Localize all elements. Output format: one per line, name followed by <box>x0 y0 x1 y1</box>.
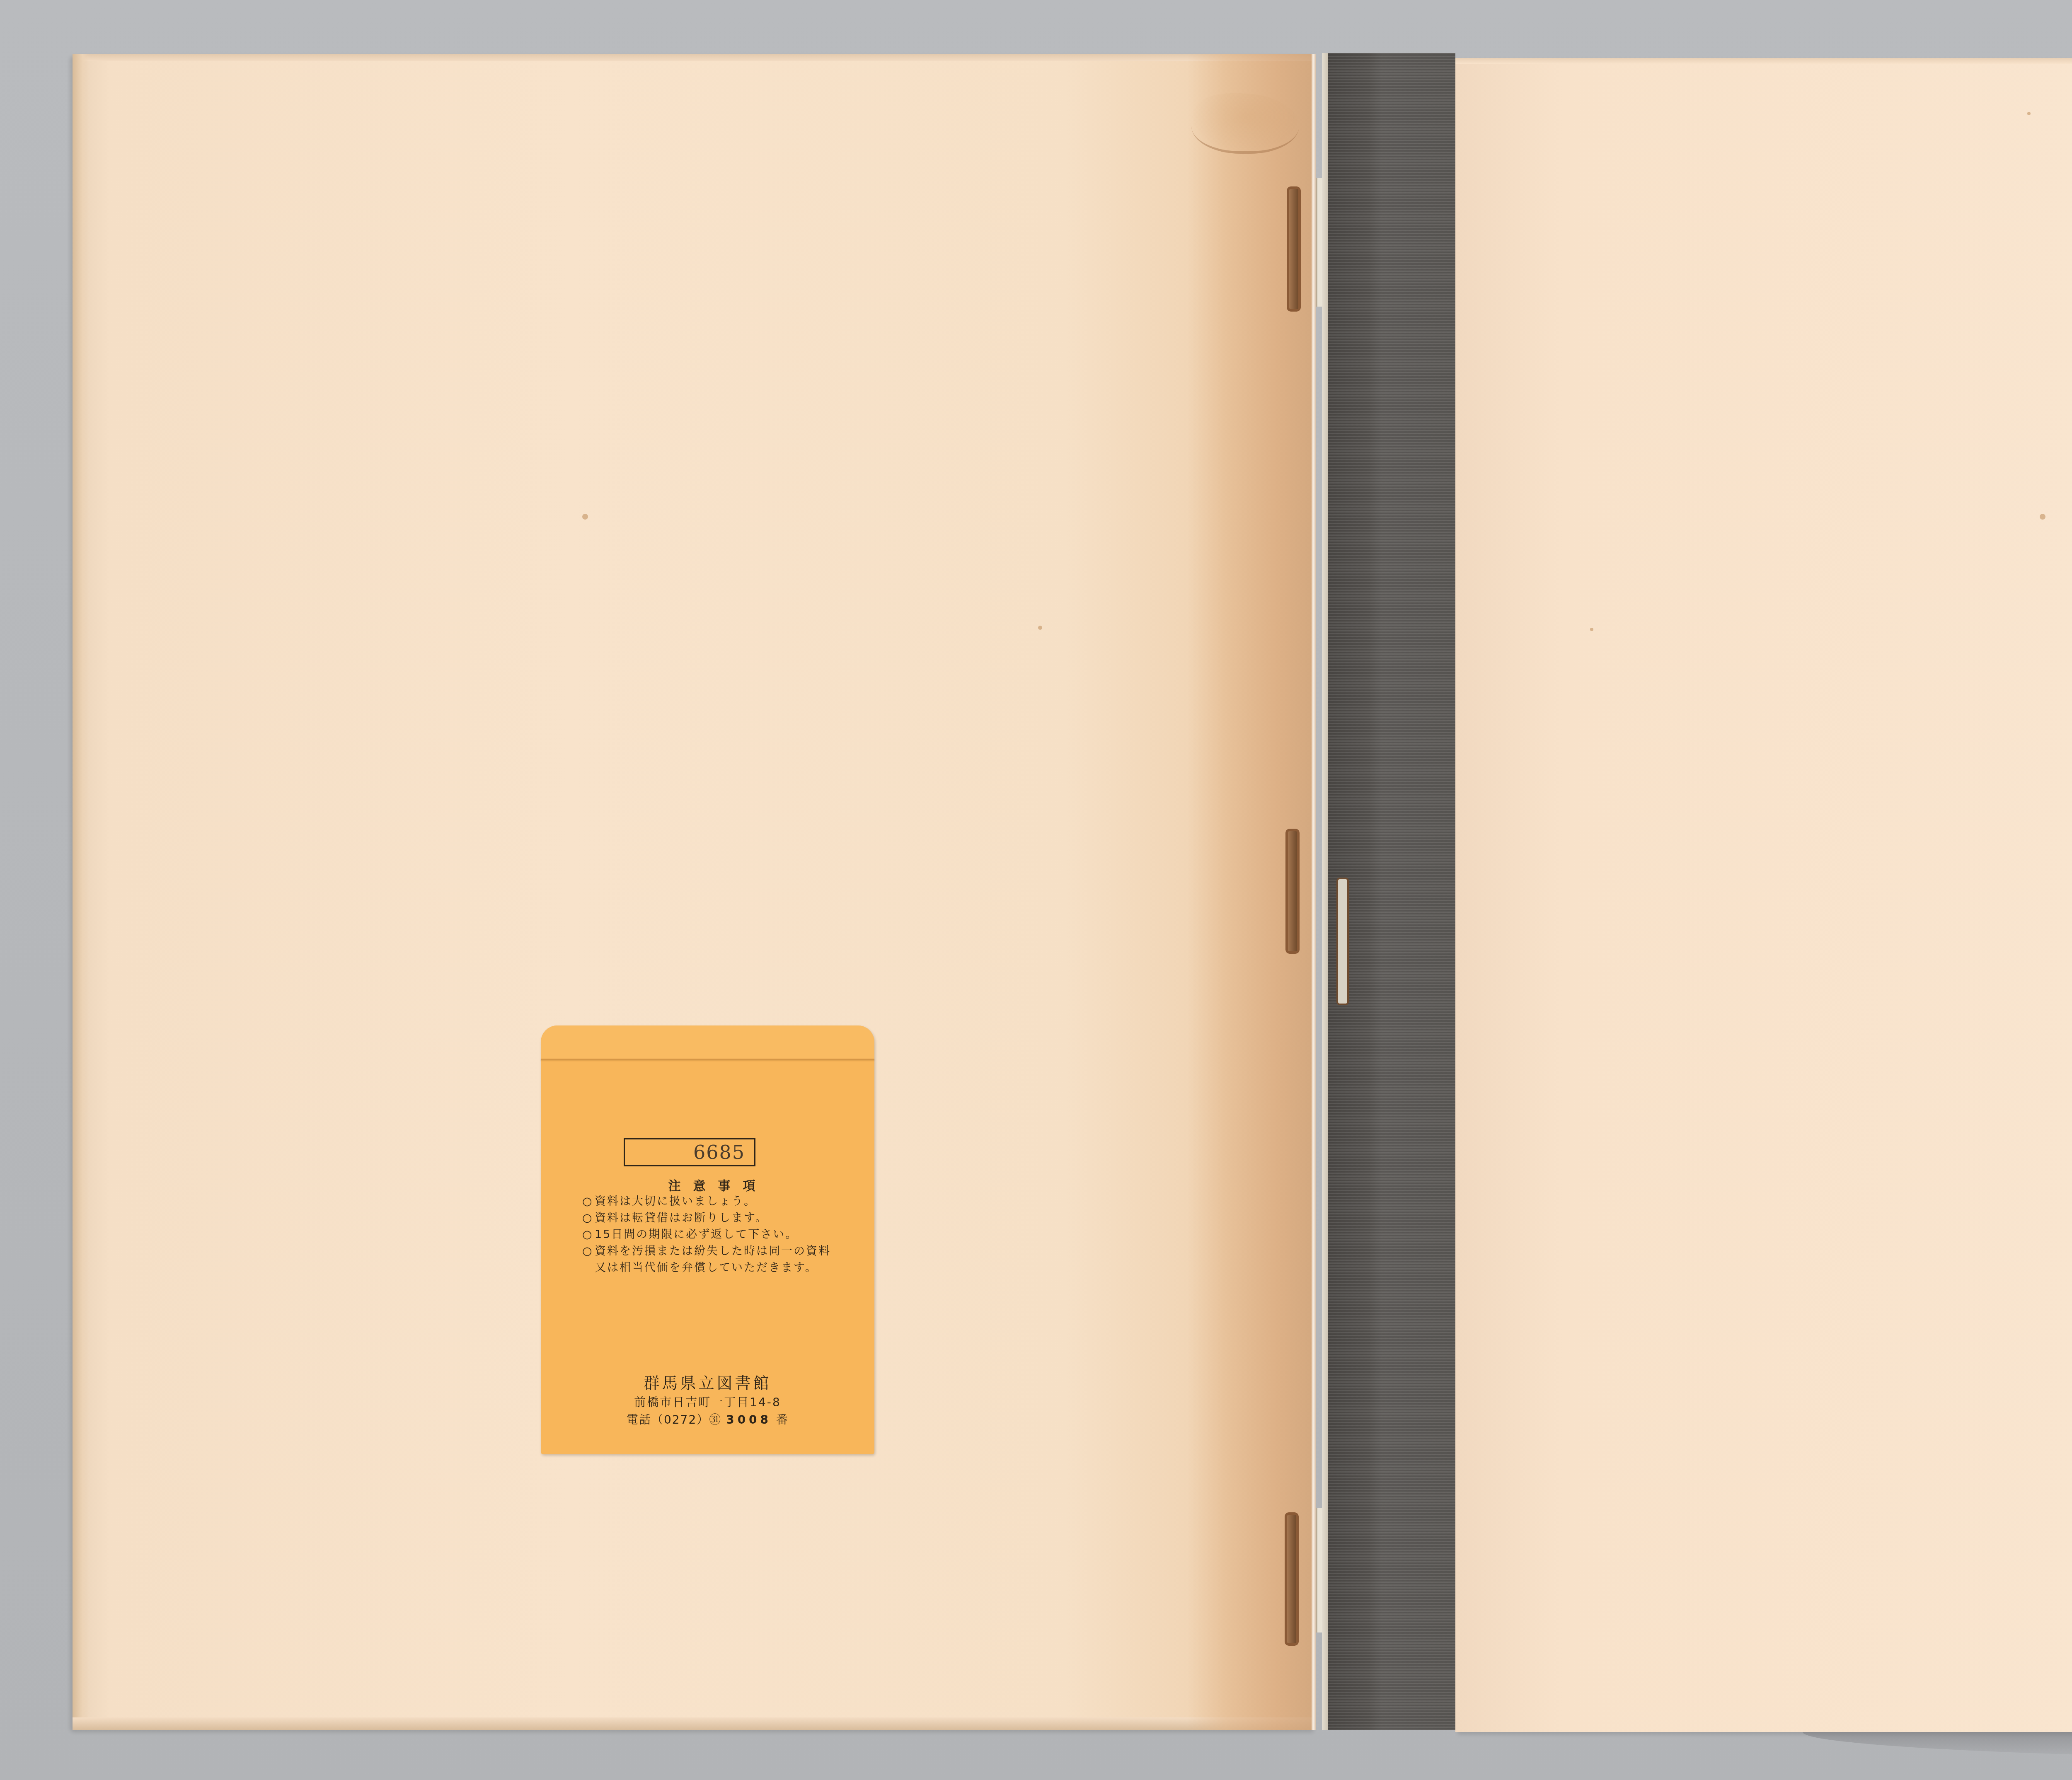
page-edge-bottom <box>73 1717 1316 1730</box>
notice-item: ○ 資料は大切に扱いましょう。 <box>582 1193 839 1210</box>
circle-bullet-icon: ○ <box>582 1243 595 1276</box>
staple-top <box>1287 186 1301 312</box>
notice-text: 15日間の期限に必ず返して下さい。 <box>595 1226 839 1243</box>
staple-middle <box>1285 829 1300 954</box>
library-card-pocket[interactable]: 6685 注意事項 ○ 資料は大切に扱いましょう。 ○ 資料は転貸借はお断りしま… <box>541 1025 874 1454</box>
spine-cloth-strip <box>1322 53 1328 1730</box>
notice-list: ○ 資料は大切に扱いましょう。 ○ 資料は転貸借はお断りします。 ○ 15日間の… <box>582 1193 839 1276</box>
staple-bottom <box>1285 1512 1299 1646</box>
circle-bullet-icon: ○ <box>582 1210 595 1226</box>
phone-prefix: 電話（0272）㉛ <box>627 1413 721 1427</box>
card-pocket-flap <box>541 1025 874 1059</box>
right-page-blank <box>1455 58 2072 1732</box>
paper-speck <box>1038 626 1042 630</box>
notice-item: ○ 15日間の期限に必ず返して下さい。 <box>582 1226 839 1243</box>
phone-suffix: 番 <box>776 1413 789 1427</box>
page-edge-top <box>1455 58 2072 64</box>
left-page-inside-back-cover <box>73 54 1316 1730</box>
paper-speck <box>2040 514 2045 520</box>
circle-bullet-icon: ○ <box>582 1193 595 1210</box>
notice-text: 資料を汚損または紛失した時は同一の資料又は相当代価を弁償していただきます。 <box>595 1243 839 1276</box>
paper-speck <box>582 514 588 520</box>
notice-text: 資料は大切に扱いましょう。 <box>595 1193 839 1210</box>
library-address: 前橋市日吉町一丁目14-8 <box>541 1393 874 1410</box>
phone-number: 3008 <box>726 1413 772 1427</box>
page-edge-top <box>73 54 1316 61</box>
library-name: 群馬県立図書館 <box>541 1370 874 1393</box>
notice-title: 注意事項 <box>541 1175 885 1194</box>
card-pocket-edge <box>541 1059 874 1060</box>
spine-staple-slot <box>1336 878 1349 1005</box>
fold-line <box>1312 54 1316 1730</box>
circle-bullet-icon: ○ <box>582 1226 595 1243</box>
call-number-box: 6685 <box>624 1138 755 1166</box>
library-phone: 電話（0272）㉛ 3008 番 <box>541 1411 874 1427</box>
notice-text: 資料は転貸借はお断りします。 <box>595 1210 839 1226</box>
notice-item: ○ 資料は転貸借はお断りします。 <box>582 1210 839 1226</box>
page-edge-left <box>73 54 89 1730</box>
notice-item: ○ 資料を汚損または紛失した時は同一の資料又は相当代価を弁償していただきます。 <box>582 1243 839 1276</box>
paper-speck <box>1590 628 1593 631</box>
book-spine <box>1322 53 1455 1730</box>
paper-speck <box>2027 112 2031 115</box>
